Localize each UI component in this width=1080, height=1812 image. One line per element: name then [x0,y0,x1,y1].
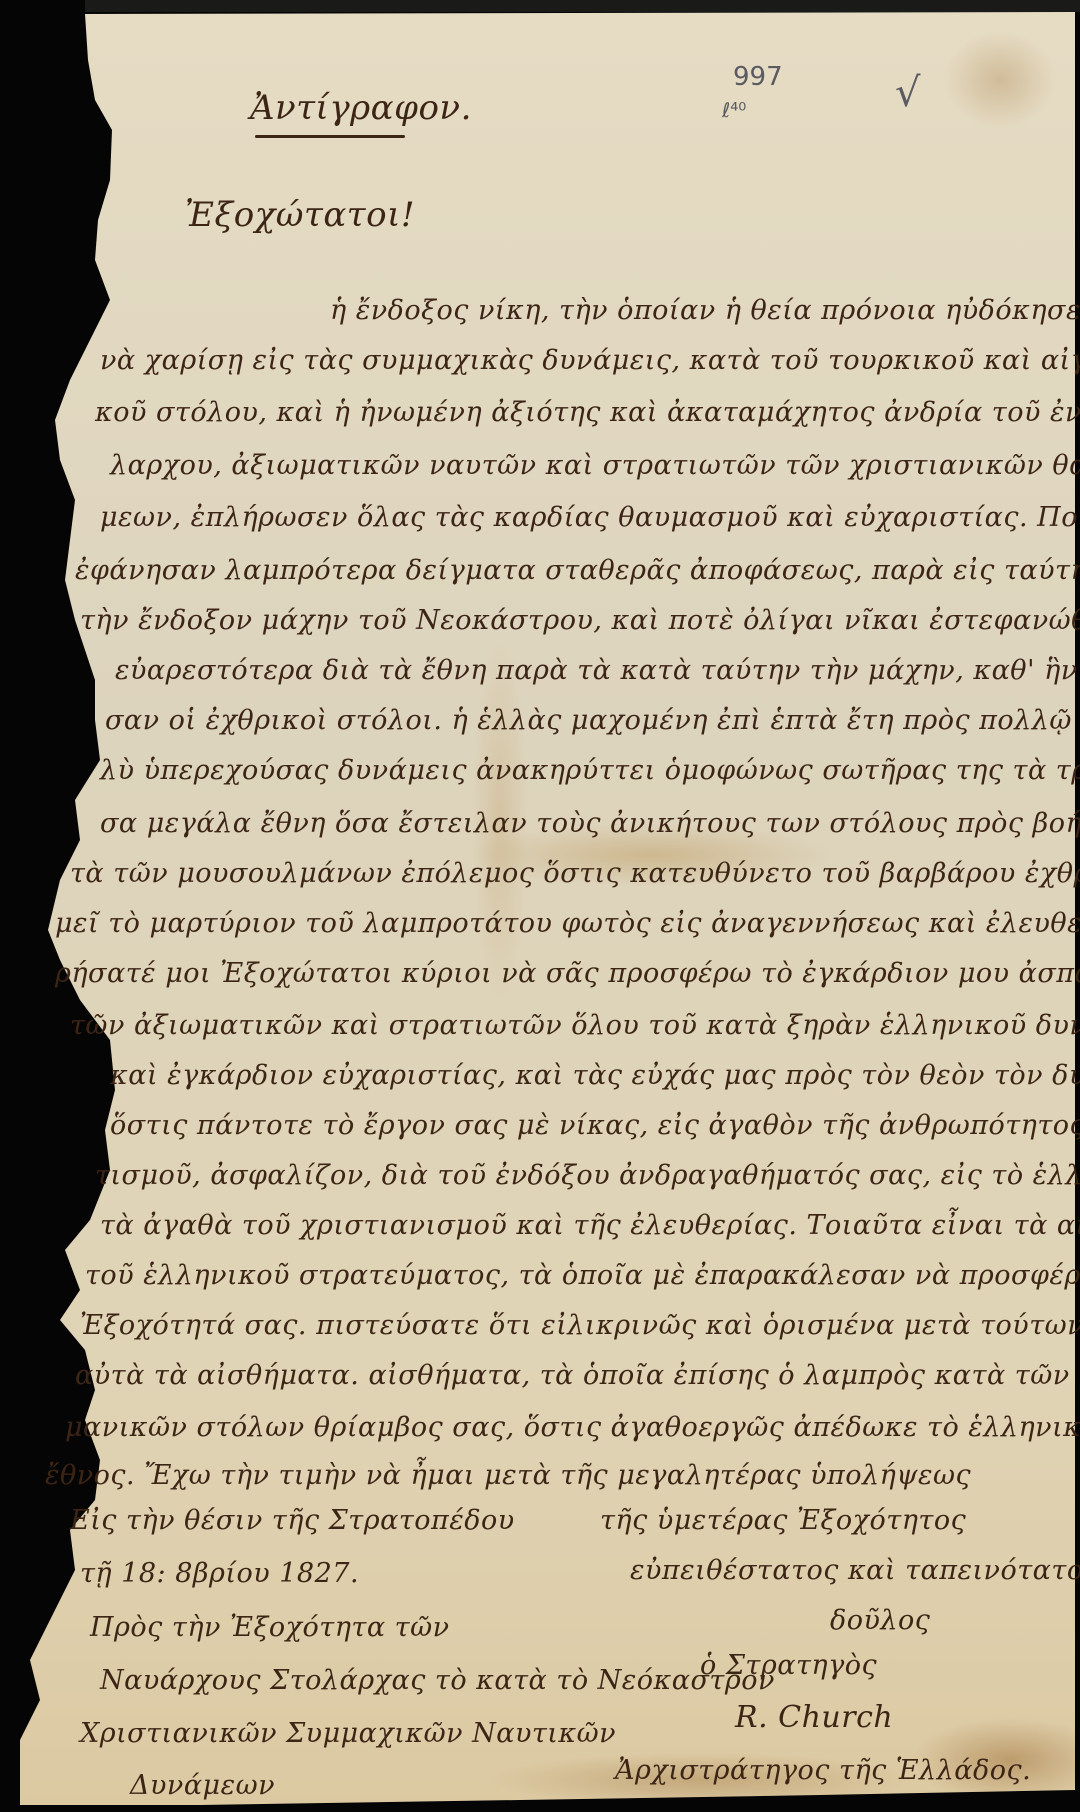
body-line: ἔθνος. Ἔχω τὴν τιμὴν νὰ ἦμαι μετὰ τῆς με… [45,1460,971,1491]
addressee-line: Χριστιανικῶν Συμμαχικῶν Ναυτικῶν [80,1718,616,1749]
body-line: τοῦ ἑλληνικοῦ στρατεύματος, τὰ ὁποῖα μὲ … [85,1260,1080,1291]
document-heading: Ἀντίγραφον. [250,88,472,128]
signatory-title: Ἀρχιστράτηγος τῆς Ἑλλάδος. [615,1755,1031,1786]
addressee-line: Ναυάρχους Στολάρχας τὸ κατὰ τὸ Νεόκαστρο… [100,1665,775,1696]
closing-line: εὐπειθέστατος καὶ ταπεινότατος [630,1555,1080,1586]
body-line: σα μεγάλα ἔθνη ὅσα ἔστειλαν τοὺς ἀνικήτο… [100,808,1080,839]
manuscript-page [0,0,1080,1812]
salutation: Ἐξοχώτατοι! [185,195,415,235]
body-line: αὐτὰ τὰ αἰσθήματα. αἰσθήματα, τὰ ὁποῖα ἐ… [75,1360,1080,1391]
date-line: τῇ 18: 8βρίου 1827. [80,1558,359,1589]
body-line: τῶν ἀξιωματικῶν καὶ στρατιωτῶν ὅλου τοῦ … [70,1010,1080,1041]
body-line: ἡ ἔνδοξος νίκη, τὴν ὁποίαν ἡ θεία πρόνοι… [330,295,1080,326]
body-line: λὺ ὑπερεχούσας δυνάμεις ἀνακηρύττει ὁμοφ… [100,755,1080,786]
body-line: μεων, ἐπλήρωσεν ὅλας τὰς καρδίας θαυμασμ… [100,502,1080,533]
body-line: νὰ χαρίσῃ εἰς τὰς συμμαχικὰς δυνάμεις, κ… [100,345,1080,376]
body-line: τὰ τῶν μουσουλμάνων ἐπόλεμος ὅστις κατευ… [70,858,1080,889]
archive-number: 997 [733,62,783,92]
body-line: καὶ ἐγκάρδιον εὐχαριστίας, καὶ τὰς εὐχάς… [110,1060,1080,1091]
body-line: τισμοῦ, ἀσφαλίζον, διὰ τοῦ ἐνδόξου ἀνδρα… [95,1160,1080,1191]
closing-line: τῆς ὑμετέρας Ἐξοχότητος [600,1505,966,1536]
place-line: Εἰς τὴν θέσιν τῆς Στρατοπέδου [70,1505,515,1536]
body-line: τὴν ἔνδοξον μάχην τοῦ Νεοκάστρου, καὶ πο… [80,605,1080,636]
body-line: ρήσατέ μοι Ἐξοχώτατοι κύριοι νὰ σᾶς προσ… [55,958,1080,989]
checkmark-icon: √ [895,70,921,116]
signature: R. Church [735,1700,893,1735]
pencil-folio-mark: ℓ⁴⁰ [722,98,746,122]
body-line: μανικῶν στόλων θρίαμβος σας, ὅστις ἀγαθο… [65,1412,1080,1443]
body-line: Ἐξοχότητά σας. πιστεύσατε ὅτι εἰλικρινῶς… [80,1310,1080,1341]
heading-underline [255,135,405,138]
body-line: κοῦ στόλου, καὶ ἡ ἠνωμένη ἀξιότης καὶ ἀκ… [95,397,1080,428]
addressee-line: Πρὸς τὴν Ἐξοχότητα τῶν [90,1612,450,1643]
body-line: μεῖ τὸ μαρτύριον τοῦ λαμπροτάτου φωτὸς ε… [55,908,1080,939]
body-line: ὅστις πάντοτε τὸ ἔργον σας μὲ νίκας, εἰς… [110,1110,1080,1141]
body-line: ἐφάνησαν λαμπρότερα δείγματα σταθερᾶς ἀπ… [75,555,1080,586]
scanner-frame-edge [85,0,1080,12]
body-line: εὐαρεστότερα διὰ τὰ ἔθνη παρὰ τὰ κατὰ τα… [115,655,1080,686]
body-line: λαρχου, ἀξιωματικῶν ναυτῶν καὶ στρατιωτῶ… [110,450,1080,481]
body-line: τὰ ἀγαθὰ τοῦ χριστιανισμοῦ καὶ τῆς ἐλευθ… [100,1210,1080,1241]
addressee-line: Δυνάμεων [130,1770,275,1801]
body-line: σαν οἱ ἐχθρικοὶ στόλοι. ἡ ἑλλὰς μαχομένη… [105,705,1080,736]
closing-line: δοῦλος [830,1605,930,1636]
